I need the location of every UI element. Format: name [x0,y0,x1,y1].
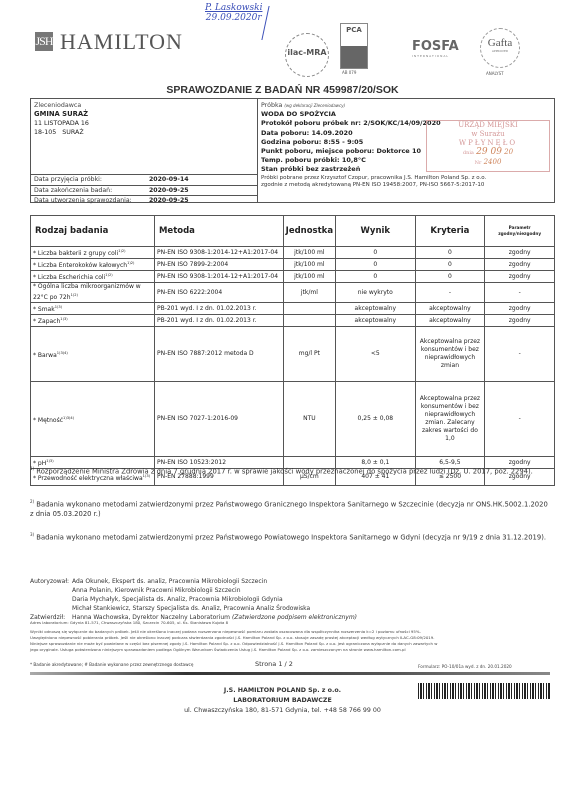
authorization-block: Autoryzował:Ada Okunek, Ekspert ds. anal… [30,577,357,622]
criteria-cell: - [415,283,485,303]
date-label: Data utworzenia sprawozdania: [34,196,132,206]
table-header-row: Rodzaj badania Metoda Jednostka Wynik Kr… [31,216,555,247]
status-cell: zgodny [485,271,555,283]
date-label: Data zakończenia badań: [34,186,112,196]
table-row: * Liczba bakterii z grupy coli1)2)PN-EN … [31,247,555,259]
sample-state: Stan próbki bez zastrzeżeń [261,165,360,173]
hamilton-logo-mark: JSH [35,32,53,51]
pca-badge-icon [341,46,367,68]
unit-cell: jtk/100 ml [283,271,335,283]
unit-cell: NTU [283,382,335,457]
test-name-cell: * Liczba bakterii z grupy coli1)2) [31,247,155,259]
received-stamp: URZĄD MIEJSKI w Surażu WPŁYNĘŁO dnia 29 … [426,120,550,172]
company-lab: LABORATORIUM BADAWCZE [233,697,332,704]
table-row: * Ogólna liczba mikroorganizmów w 22°C p… [31,283,555,303]
date-row: Data zakończenia badań:2020-09-25 [31,185,257,196]
result-cell: 0 [336,247,415,259]
sample-temp: Temp. poboru próbki: 10,8°C [261,156,366,164]
table-row: * Liczba Enterokoków kałowych1)2)PN-EN I… [31,259,555,271]
result-cell: akceptowalny [336,315,415,327]
criteria-cell: akceptowalny [415,303,485,315]
authorized-label: Autoryzował: [30,577,72,586]
status-cell: zgodny [485,315,555,327]
test-name-cell: * Mętność1)3)4) [31,382,155,457]
test-name-cell: * Liczba Enterokoków kałowych1)2) [31,259,155,271]
sample-time: Godzina poboru: 8:55 - 9:05 [261,138,363,146]
sample-label: Próbka (wg deklaracji Zleceniodawcy) [261,101,486,110]
header-unit: Jednostka [283,216,335,247]
date-label: Data przyjęcia próbki: [34,175,102,185]
results-table: Rodzaj badania Metoda Jednostka Wynik Kr… [30,215,555,486]
stamp-line2: w Surażu [427,130,549,139]
stamp-number: Nr 2400 [427,158,549,168]
ilac-mra-logo: ilac-MRA [285,33,329,77]
method-cell: PN-EN ISO 9308-1:2014-12+A1:2017-04 [154,271,283,283]
fine-print: Adres laboratorium: Gdynia 81-571, Chwas… [30,620,550,653]
authorizer: Michał Stankiewicz, Starszy Specjalista … [72,605,310,612]
header-criteria: Kryteria [415,216,485,247]
test-name-cell: * Smak1)3) [31,303,155,315]
gafta-analyst: ANALYST [486,71,504,76]
fosfa-logo: FOSFA [412,40,459,53]
criteria-cell: Akceptowalna przez konsumentów i bez nie… [415,327,485,382]
date-value: 2020-09-25 [149,196,189,206]
method-cell: PB-201 wyd. I z dn. 01.02.2013 r. [154,303,283,315]
info-divider [257,99,258,202]
criteria-cell: 0 [415,247,485,259]
authorizer: Anna Polanin, Kierownik Pracowni Mikrobi… [72,587,241,594]
result-cell: 0 [336,271,415,283]
result-cell: <5 [336,327,415,382]
gafta-logo: Gafta APPROVED [480,28,520,68]
sample-place: Punkt poboru, miejsce poboru: Doktorce 1… [261,147,421,155]
method-cell: PN-EN ISO 6222:2004 [154,283,283,303]
status-cell: - [485,283,555,303]
unit-cell: mg/l Pt [283,327,335,382]
table-row: * Zapach1)3)PB-201 wyd. I z dn. 01.02.20… [31,315,555,327]
authorizer: Daria Mychałyk, Specjalista ds. Analiz, … [72,596,283,603]
criteria-cell: Akceptowalna przez konsumentów i bez nie… [415,382,485,457]
signature-date: 29.09.2020r [206,13,262,23]
accreditation-legend: * Badanie akredytowane; # Badanie wykona… [30,662,193,667]
date-row: Data utworzenia sprawozdania:2020-09-25 [31,195,257,206]
stamp-line1: URZĄD MIEJSKI [427,121,549,130]
dates-table: Data przyjęcia próbki:2020-09-14 Data za… [31,174,257,206]
unit-cell [283,303,335,315]
footnote-2: 2) Badania wykonano metodami zatwierdzon… [30,497,550,519]
sample-type: WODA DO SPOŻYCIA [261,110,336,118]
unit-cell: jtk/ml [283,283,335,303]
unit-cell: jtk/100 ml [283,247,335,259]
test-name-cell: * Zapach1)3) [31,315,155,327]
result-cell: 0 [336,259,415,271]
result-cell: nie wykryto [336,283,415,303]
authorizer: Ada Okunek, Ekspert ds. analiz, Pracowni… [72,578,267,585]
method-cell: PN-EN ISO 9308-1:2014-12+A1:2017-04 [154,247,283,259]
unit-cell: jtk/100 ml [283,259,335,271]
report-title: SPRAWOZDANIE Z BADAŃ NR 459987/20/SOK [0,84,565,96]
method-cell: PB-201 wyd. I z dn. 01.02.2013 r. [154,315,283,327]
method-cell: PN-EN ISO 7887:2012 metoda D [154,327,283,382]
pca-label: PCA [341,26,367,34]
footer-divider [30,672,550,675]
pca-logo: PCA [340,23,368,69]
table-row: * Smak1)3)PB-201 wyd. I z dn. 01.02.2013… [31,303,555,315]
status-cell: - [485,382,555,457]
fosfa-subtitle: INTERNATIONAL [412,54,449,58]
test-name-cell: * Liczba Escherichia coli1)2) [31,271,155,283]
barcode-icon [418,683,550,699]
date-row: Data przyjęcia próbki:2020-09-14 [31,174,257,185]
gafta-label: Gafta [481,38,519,49]
status-cell: zgodny [485,259,555,271]
test-name-cell: * Ogólna liczba mikroorganizmów w 22°C p… [31,283,155,303]
ilac-label: ilac-MRA [286,48,328,57]
sample-note-2: zgodnie z metodą akredytowaną PN-EN ISO … [261,182,486,190]
stamp-date: dnia 29 09 20 [427,148,549,158]
pca-code: AB 079 [342,70,356,75]
header-compliance: Parametr zgodny/niezgodny [485,216,555,247]
unit-cell [283,315,335,327]
footnote-1: 1) Rozporządzenie Ministra Zdrowia z dni… [30,464,550,476]
client-street: 11 LISTOPADA 16 [34,119,89,128]
table-row: * Mętność1)3)4)PN-EN ISO 7027-1:2016-09N… [31,382,555,457]
test-name-cell: * Barwa1)3)4) [31,327,155,382]
date-value: 2020-09-25 [149,186,189,196]
result-cell: akceptowalny [336,303,415,315]
client-name: GMINA SURAŻ [34,110,89,119]
header-result: Wynik [336,216,415,247]
hamilton-logo-text: HAMILTON [60,31,183,53]
status-cell: zgodny [485,247,555,259]
sample-protocol: Protokół poboru próbek nr: 2/SOK/KC/14/0… [261,119,441,127]
handwritten-signature: P. Laskowski 29.09.2020r [205,3,262,23]
header-method: Metoda [154,216,283,247]
company-name: J.S. HAMILTON POLAND Sp. z o.o. [224,687,341,694]
criteria-cell: 0 [415,271,485,283]
criteria-cell: akceptowalny [415,315,485,327]
sample-note-1: Próbki pobrane przez Krzysztof Czopur, p… [261,175,486,183]
table-row: * Barwa1)3)4)PN-EN ISO 7887:2012 metoda … [31,327,555,382]
client-city: 18-105 SURAŻ [34,128,89,137]
footnote-3: 3) Badania wykonano metodami zatwierdzon… [30,530,550,542]
table-row: * Liczba Escherichia coli1)2)PN-EN ISO 9… [31,271,555,283]
status-cell: - [485,327,555,382]
page-number: Strona 1 / 2 [255,660,293,668]
client-block: Zleceniodawca GMINA SURAŻ 11 LISTOPADA 1… [34,101,89,137]
method-cell: PN-EN ISO 7899-2:2004 [154,259,283,271]
company-address: ul. Chwaszczyńska 180, 81-571 Gdynia, te… [0,706,565,716]
status-cell: zgodny [485,303,555,315]
signature-mark [261,6,279,40]
signature-name: P. Laskowski [205,3,262,13]
criteria-cell: 0 [415,259,485,271]
result-cell: 0,25 ± 0,08 [336,382,415,457]
header-test-type: Rodzaj badania [31,216,155,247]
sample-date: Data poboru: 14.09.2020 [261,129,353,137]
gafta-approved: APPROVED [481,49,519,53]
method-cell: PN-EN ISO 7027-1:2016-09 [154,382,283,457]
client-label: Zleceniodawca [34,101,89,110]
date-value: 2020-09-14 [149,175,189,185]
form-id: Formularz: PO-10/01a wyd. z dn. 20.01.20… [418,664,512,669]
